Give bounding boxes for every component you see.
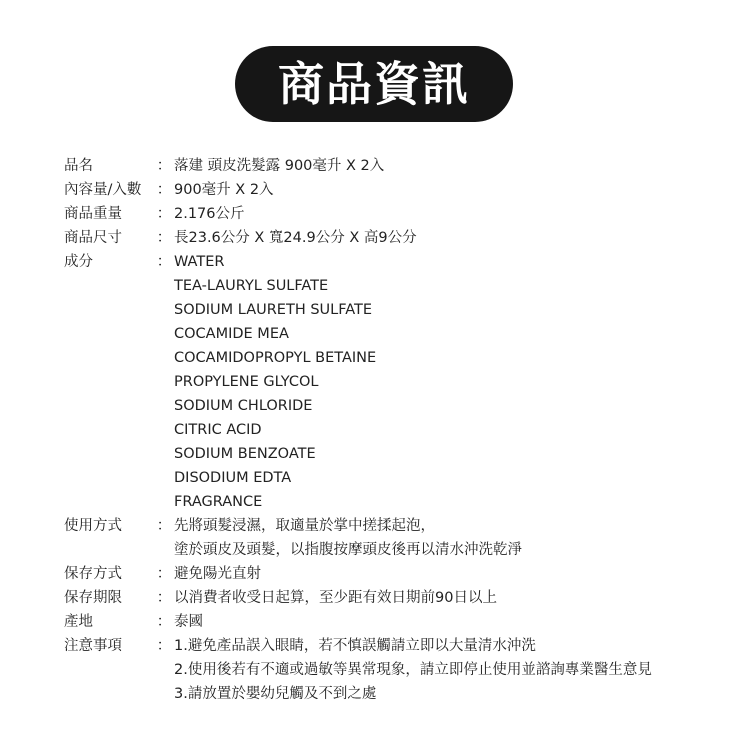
info-separator: ： bbox=[154, 634, 174, 658]
precaution-item: 3.請放置於嬰幼兒觸及不到之處 bbox=[174, 682, 734, 706]
precaution-item: 1.避免產品誤入眼睛，若不慎誤觸請立即以大量清水沖洗 bbox=[174, 634, 734, 658]
info-separator: ： bbox=[154, 154, 174, 178]
info-separator: ： bbox=[154, 178, 174, 202]
info-separator: ： bbox=[154, 226, 174, 250]
info-label: 保存期限 bbox=[64, 586, 154, 610]
info-label: 產地 bbox=[64, 610, 154, 634]
info-value: 以消費者收受日起算，至少距有效日期前90日以上 bbox=[174, 586, 734, 610]
info-row-content-quantity: 內容量/入數 ： 900毫升 X 2入 bbox=[64, 178, 734, 202]
info-row-dimensions: 商品尺寸 ： 長23.6公分 X 寬24.9公分 X 高9公分 bbox=[64, 226, 734, 250]
ingredient-item: COCAMIDOPROPYL BETAINE bbox=[174, 346, 734, 370]
info-value: 塗於頭皮及頭髮，以指腹按摩頭皮後再以清水沖洗乾淨 bbox=[174, 538, 734, 562]
ingredient-item: SODIUM LAURETH SULFATE bbox=[174, 298, 734, 322]
info-label: 商品重量 bbox=[64, 202, 154, 226]
title-banner: 商品資訊 bbox=[235, 46, 513, 122]
ingredient-item: TEA-LAURYL SULFATE bbox=[174, 274, 734, 298]
ingredient-item: COCAMIDE MEA bbox=[174, 322, 734, 346]
ingredient-item: SODIUM CHLORIDE bbox=[174, 394, 734, 418]
info-label: 成分 bbox=[64, 250, 154, 274]
info-separator: ： bbox=[154, 610, 174, 634]
info-row-ingredients: 成分 ： WATER TEA-LAURYL SULFATE SODIUM LAU… bbox=[64, 250, 734, 514]
precaution-item: 2.使用後若有不適或過敏等異常現象，請立即停止使用並諮詢專業醫生意見 bbox=[174, 658, 734, 682]
ingredient-item: SODIUM BENZOATE bbox=[174, 442, 734, 466]
info-separator: ： bbox=[154, 586, 174, 610]
info-value: 泰國 bbox=[174, 610, 734, 634]
ingredient-item: DISODIUM EDTA bbox=[174, 466, 734, 490]
info-value: 2.176公斤 bbox=[174, 202, 734, 226]
ingredient-item: CITRIC ACID bbox=[174, 418, 734, 442]
info-value: 900毫升 X 2入 bbox=[174, 178, 734, 202]
info-value: 長23.6公分 X 寬24.9公分 X 高9公分 bbox=[174, 226, 734, 250]
info-label: 內容量/入數 bbox=[64, 178, 154, 202]
info-row-precautions: 注意事項 ： 1.避免產品誤入眼睛，若不慎誤觸請立即以大量清水沖洗 2.使用後若… bbox=[64, 634, 734, 706]
info-label: 注意事項 bbox=[64, 634, 154, 658]
ingredient-item: PROPYLENE GLYCOL bbox=[174, 370, 734, 394]
info-row-storage: 保存方式 ： 避免陽光直射 bbox=[64, 562, 734, 586]
ingredient-list: WATER TEA-LAURYL SULFATE SODIUM LAURETH … bbox=[174, 250, 734, 514]
info-value: 落建 頭皮洗髮露 900毫升 X 2入 bbox=[174, 154, 734, 178]
info-label: 品名 bbox=[64, 154, 154, 178]
info-separator: ： bbox=[154, 250, 174, 274]
info-row-usage: 使用方式 ： 先將頭髮浸濕，取適量於掌中搓揉起泡， 塗於頭皮及頭髮，以指腹按摩頭… bbox=[64, 514, 734, 562]
ingredient-item: FRAGRANCE bbox=[174, 490, 734, 514]
info-row-shelf-life: 保存期限 ： 以消費者收受日起算，至少距有效日期前90日以上 bbox=[64, 586, 734, 610]
info-row-origin: 產地 ： 泰國 bbox=[64, 610, 734, 634]
info-label: 商品尺寸 bbox=[64, 226, 154, 250]
page-title: 商品資訊 bbox=[278, 61, 470, 107]
info-value: 避免陽光直射 bbox=[174, 562, 734, 586]
info-row-weight: 商品重量 ： 2.176公斤 bbox=[64, 202, 734, 226]
product-info-list: 品名 ： 落建 頭皮洗髮露 900毫升 X 2入 內容量/入數 ： 900毫升 … bbox=[64, 154, 734, 706]
info-label: 使用方式 bbox=[64, 514, 154, 538]
info-separator: ： bbox=[154, 514, 174, 538]
info-separator: ： bbox=[154, 562, 174, 586]
info-row-product-name: 品名 ： 落建 頭皮洗髮露 900毫升 X 2入 bbox=[64, 154, 734, 178]
ingredient-item: WATER bbox=[174, 250, 734, 274]
info-separator: ： bbox=[154, 202, 174, 226]
info-value: 先將頭髮浸濕，取適量於掌中搓揉起泡， bbox=[174, 514, 734, 538]
info-label: 保存方式 bbox=[64, 562, 154, 586]
